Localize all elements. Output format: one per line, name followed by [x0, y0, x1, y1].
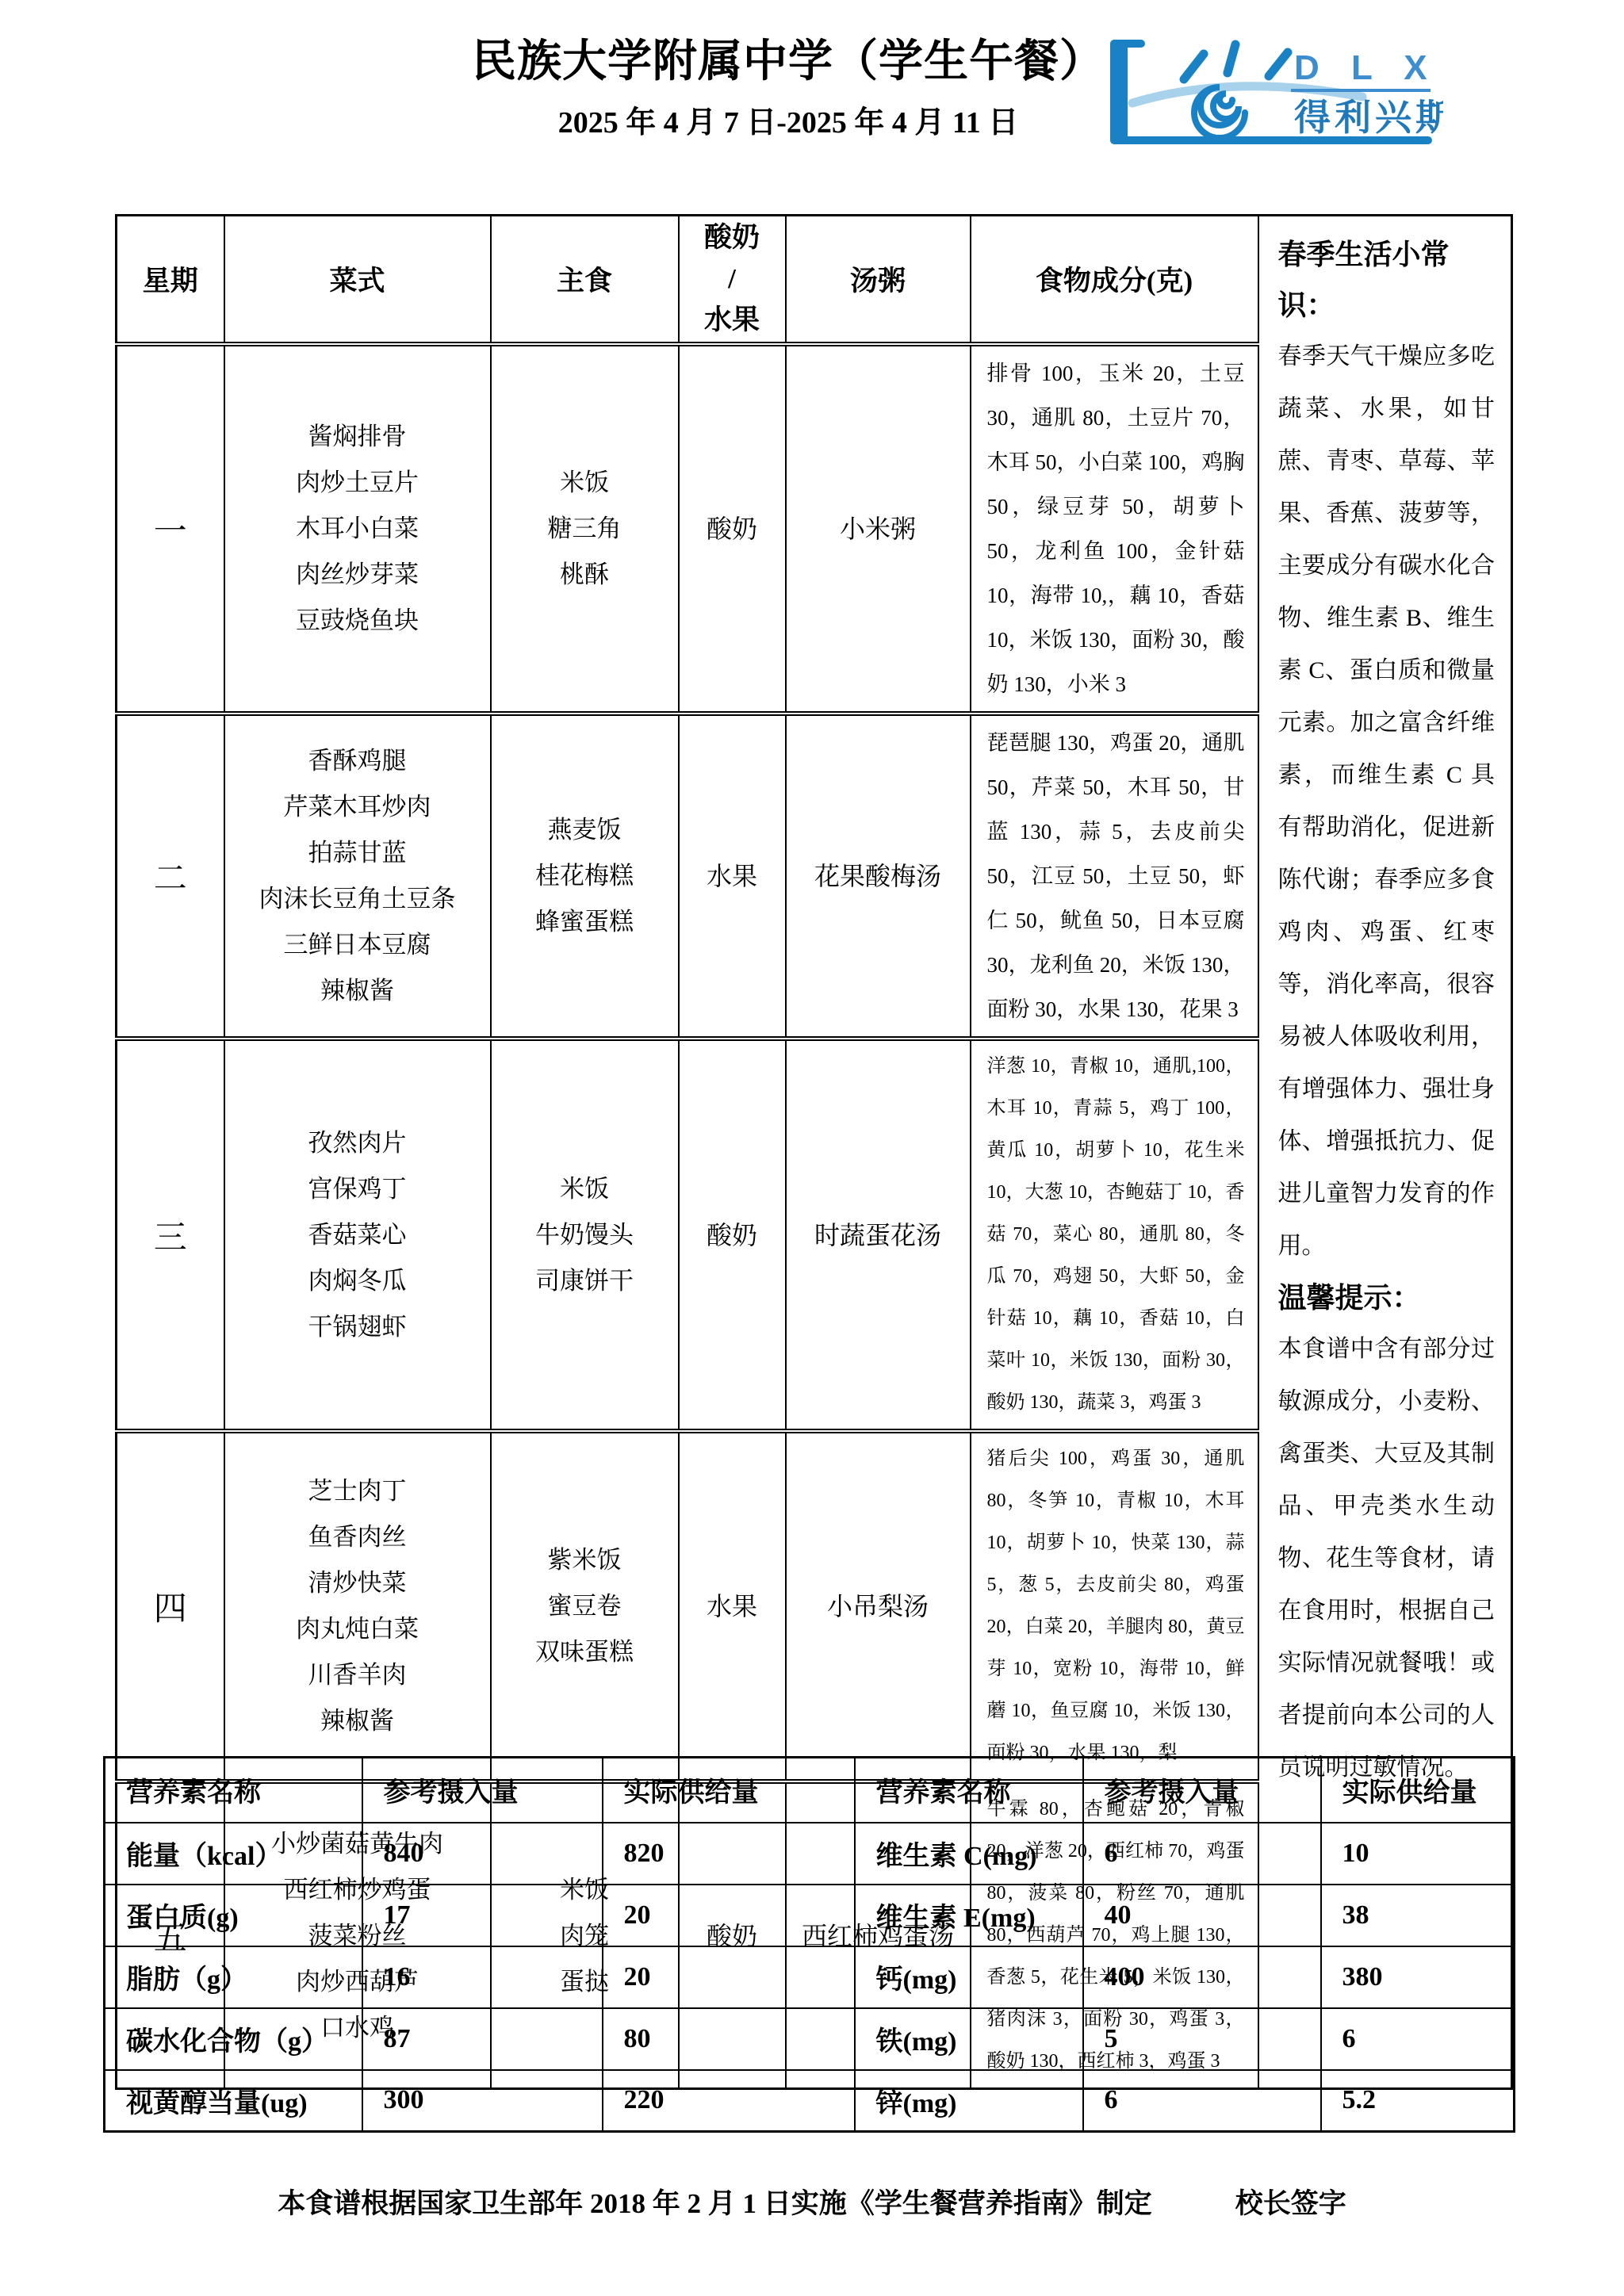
nutrient-name-header: 营养素名称 [855, 1758, 1083, 1823]
staple-item: 司康饼干 [492, 1258, 677, 1304]
day-label: 三 [117, 1039, 224, 1431]
dish-item: 鱼香肉丝 [226, 1514, 489, 1560]
dish-item: 干锅翅虾 [226, 1304, 489, 1350]
dish-item: 清炒快菜 [226, 1560, 489, 1606]
staple-item: 紫米饭 [492, 1537, 677, 1583]
staple-item: 糖三角 [492, 506, 677, 552]
yogurt-fruit-cell: 酸奶 [679, 1039, 786, 1431]
actual-value: 10 [1321, 1823, 1515, 1885]
nutrient-name: 碳水化合物（g） [105, 2008, 362, 2070]
col-header-soup: 汤粥 [786, 216, 971, 345]
soup-cell: 小吊梨汤 [786, 1431, 971, 1781]
dish-item: 芹菜木耳炒肉 [226, 784, 489, 830]
nutrition-row-protein: 蛋白质(g) 17 20 维生素 E(mg) 40 38 [105, 1885, 1515, 1946]
actual-value: 80 [603, 2008, 855, 2070]
dishes-cell: 孜然肉片 宫保鸡丁 香菇菜心 肉焖冬瓜 干锅翅虾 [224, 1039, 491, 1431]
yogurt-header-line: 酸奶 [680, 217, 784, 258]
staple-item: 米饭 [492, 1166, 677, 1212]
dish-item: 芝士肉丁 [226, 1468, 489, 1514]
staple-cell: 米饭 牛奶馒头 司康饼干 [491, 1039, 679, 1431]
nutrition-header-row: 营养素名称 参考摄入量 实际供给量 营养素名称 参考摄入量 实际供给量 [105, 1758, 1515, 1823]
company-logo: D L X S 得利兴斯 [1101, 27, 1443, 154]
reference-intake-header: 参考摄入量 [362, 1758, 603, 1823]
dish-item: 宫保鸡丁 [226, 1166, 489, 1212]
nutrition-row-retinol: 视黄醇当量(ug) 300 220 锌(mg) 6 5.2 [105, 2070, 1515, 2132]
reference-value: 40 [1083, 1885, 1321, 1946]
staple-item: 蜂蜜蛋糕 [492, 899, 677, 945]
staple-item: 桂花梅糕 [492, 853, 677, 899]
dish-item: 三鲜日本豆腐 [226, 922, 489, 968]
reference-value: 400 [1083, 1946, 1321, 2008]
actual-supply-header: 实际供给量 [1321, 1758, 1515, 1823]
dish-item: 木耳小白菜 [226, 506, 489, 552]
nutrient-name: 维生素 C(mg) [855, 1823, 1083, 1885]
nutrient-name: 钙(mg) [855, 1946, 1083, 2008]
staple-item: 米饭 [492, 460, 677, 506]
nutrient-name-header: 营养素名称 [105, 1758, 362, 1823]
col-header-staple: 主食 [491, 216, 679, 345]
nutrition-row-fat: 脂肪（g） 16 20 钙(mg) 400 380 [105, 1946, 1515, 2008]
dish-item: 肉丝炒芽菜 [226, 552, 489, 598]
footer-note: 本食谱根据国家卫生部年 2018 年 2 月 1 日实施《学生餐营养指南》制定 … [0, 2182, 1624, 2221]
dish-item: 辣椒酱 [226, 1698, 489, 1744]
reference-value: 5 [1083, 2008, 1321, 2070]
actual-value: 20 [603, 1946, 855, 2008]
nutrient-name: 锌(mg) [855, 2070, 1083, 2132]
dish-item: 孜然肉片 [226, 1120, 489, 1166]
logo-eyelashes-icon [1184, 44, 1288, 79]
actual-value: 5.2 [1321, 2070, 1515, 2132]
reference-intake-header: 参考摄入量 [1083, 1758, 1321, 1823]
staple-cell: 米饭 糖三角 桃酥 [491, 344, 679, 714]
ingredients-cell: 排骨 100，玉米 20，土豆 30，通肌 80，土豆片 70，木耳 50，小白… [971, 344, 1258, 714]
yogurt-fruit-cell: 水果 [679, 1431, 786, 1781]
col-header-ingredients: 食物成分(克) [971, 216, 1258, 345]
dishes-cell: 芝士肉丁 鱼香肉丝 清炒快菜 肉丸炖白菜 川香羊肉 辣椒酱 [224, 1431, 491, 1781]
staple-cell: 紫米饭 蜜豆卷 双味蛋糕 [491, 1431, 679, 1781]
dishes-cell: 香酥鸡腿 芹菜木耳炒肉 拍蒜甘蓝 肉沫长豆角土豆条 三鲜日本豆腐 辣椒酱 [224, 714, 491, 1039]
nutrient-name: 能量（kcal） [105, 1823, 362, 1885]
reference-value: 300 [362, 2070, 603, 2132]
ingredients-cell: 琵琶腿 130，鸡蛋 20，通肌 50，芹菜 50，木耳 50，甘蓝 130，蒜… [971, 714, 1258, 1039]
staple-item: 燕麦饭 [492, 807, 677, 853]
col-header-dishes: 菜式 [224, 216, 491, 345]
dish-item: 肉丸炖白菜 [226, 1606, 489, 1652]
nutrient-name: 蛋白质(g) [105, 1885, 362, 1946]
logo-graphic: D L X S 得利兴斯 [1101, 27, 1443, 154]
dish-item: 辣椒酱 [226, 968, 489, 1014]
col-header-weekday: 星期 [117, 216, 224, 345]
yogurt-fruit-cell: 酸奶 [679, 344, 786, 714]
logo-underline [1291, 89, 1431, 92]
dish-item: 拍蒜甘蓝 [226, 830, 489, 876]
day-label: 一 [117, 344, 224, 714]
tips-title: 春季生活小常识： [1278, 229, 1496, 331]
staple-item: 蜜豆卷 [492, 1583, 677, 1629]
dishes-cell: 酱焖排骨 肉炒土豆片 木耳小白菜 肉丝炒芽菜 豆豉烧鱼块 [224, 344, 491, 714]
nutrient-name: 脂肪（g） [105, 1946, 362, 2008]
logo-bracket-hook [1110, 40, 1145, 48]
yogurt-fruit-cell: 水果 [679, 714, 786, 1039]
reference-value: 6 [1083, 1823, 1321, 1885]
tips-body: 春季天气干燥应多吃蔬菜、水果，如甘蔗、青枣、草莓、苹果、香蕉、菠萝等，主要成分有… [1278, 331, 1496, 1272]
nutrition-table: 营养素名称 参考摄入量 实际供给量 营养素名称 参考摄入量 实际供给量 能量（k… [103, 1756, 1515, 2133]
actual-value: 20 [603, 1885, 855, 1946]
logo-letters: D L X S [1294, 48, 1443, 87]
dish-item: 肉炒土豆片 [226, 460, 489, 506]
day-label: 二 [117, 714, 224, 1039]
nutrient-name: 铁(mg) [855, 2008, 1083, 2070]
actual-value: 220 [603, 2070, 855, 2132]
ingredients-cell: 猪后尖 100，鸡蛋 30，通肌 80，冬笋 10，青椒 10，木耳 10，胡萝… [971, 1431, 1258, 1781]
fruit-header-line: 水果 [680, 300, 784, 341]
staple-item: 牛奶馒头 [492, 1212, 677, 1258]
dish-item: 川香羊肉 [226, 1652, 489, 1698]
warm-tips-title: 温馨提示： [1278, 1272, 1496, 1323]
reference-value: 840 [362, 1823, 603, 1885]
logo-spiral-eye-icon [1194, 87, 1245, 138]
actual-value: 38 [1321, 1885, 1515, 1946]
logo-bracket-vertical [1110, 40, 1128, 144]
dish-item: 香菇菜心 [226, 1212, 489, 1258]
dish-item: 肉焖冬瓜 [226, 1258, 489, 1304]
dish-item: 酱焖排骨 [226, 414, 489, 460]
staple-item: 桃酥 [492, 552, 677, 598]
dish-item: 肉沫长豆角土豆条 [226, 876, 489, 922]
col-header-yogurt-fruit: 酸奶 / 水果 [679, 216, 786, 345]
ingredients-cell: 洋葱 10，青椒 10，通肌,100，木耳 10，青蒜 5，鸡丁 100，黄瓜 … [971, 1039, 1258, 1431]
actual-value: 380 [1321, 1946, 1515, 2008]
actual-supply-header: 实际供给量 [603, 1758, 855, 1823]
soup-cell: 小米粥 [786, 344, 971, 714]
nutrition-row-energy: 能量（kcal） 840 820 维生素 C(mg) 6 10 [105, 1823, 1515, 1885]
logo-company-name: 得利兴斯 [1294, 97, 1443, 138]
dish-item: 香酥鸡腿 [226, 738, 489, 784]
actual-value: 6 [1321, 2008, 1515, 2070]
actual-value: 820 [603, 1823, 855, 1885]
menu-header-row: 星期 菜式 主食 酸奶 / 水果 汤粥 食物成分(克) 春季生活小常识： 春季天… [117, 216, 1512, 345]
yogurt-header-slash: / [680, 258, 784, 300]
nutrient-name: 维生素 E(mg) [855, 1885, 1083, 1946]
reference-value: 6 [1083, 2070, 1321, 2132]
reference-value: 16 [362, 1946, 603, 2008]
nutrition-row-carbohydrate: 碳水化合物（g） 87 80 铁(mg) 5 6 [105, 2008, 1515, 2070]
warm-tips-body: 本食谱中含有部分过敏源成分，小麦粉、禽蛋类、大豆及其制品、甲壳类水生动物、花生等… [1278, 1323, 1496, 1794]
day-label: 四 [117, 1431, 224, 1781]
dish-item: 豆豉烧鱼块 [226, 598, 489, 644]
staple-cell: 燕麦饭 桂花梅糕 蜂蜜蛋糕 [491, 714, 679, 1039]
soup-cell: 时蔬蛋花汤 [786, 1039, 971, 1431]
reference-value: 87 [362, 2008, 603, 2070]
reference-value: 17 [362, 1885, 603, 1946]
soup-cell: 花果酸梅汤 [786, 714, 971, 1039]
staple-item: 双味蛋糕 [492, 1629, 677, 1675]
nutrient-name: 视黄醇当量(ug) [105, 2070, 362, 2132]
lunch-menu-document: 民族大学附属中学（学生午餐） 2025 年 4 月 7 日-2025 年 4 月… [0, 0, 1624, 2296]
